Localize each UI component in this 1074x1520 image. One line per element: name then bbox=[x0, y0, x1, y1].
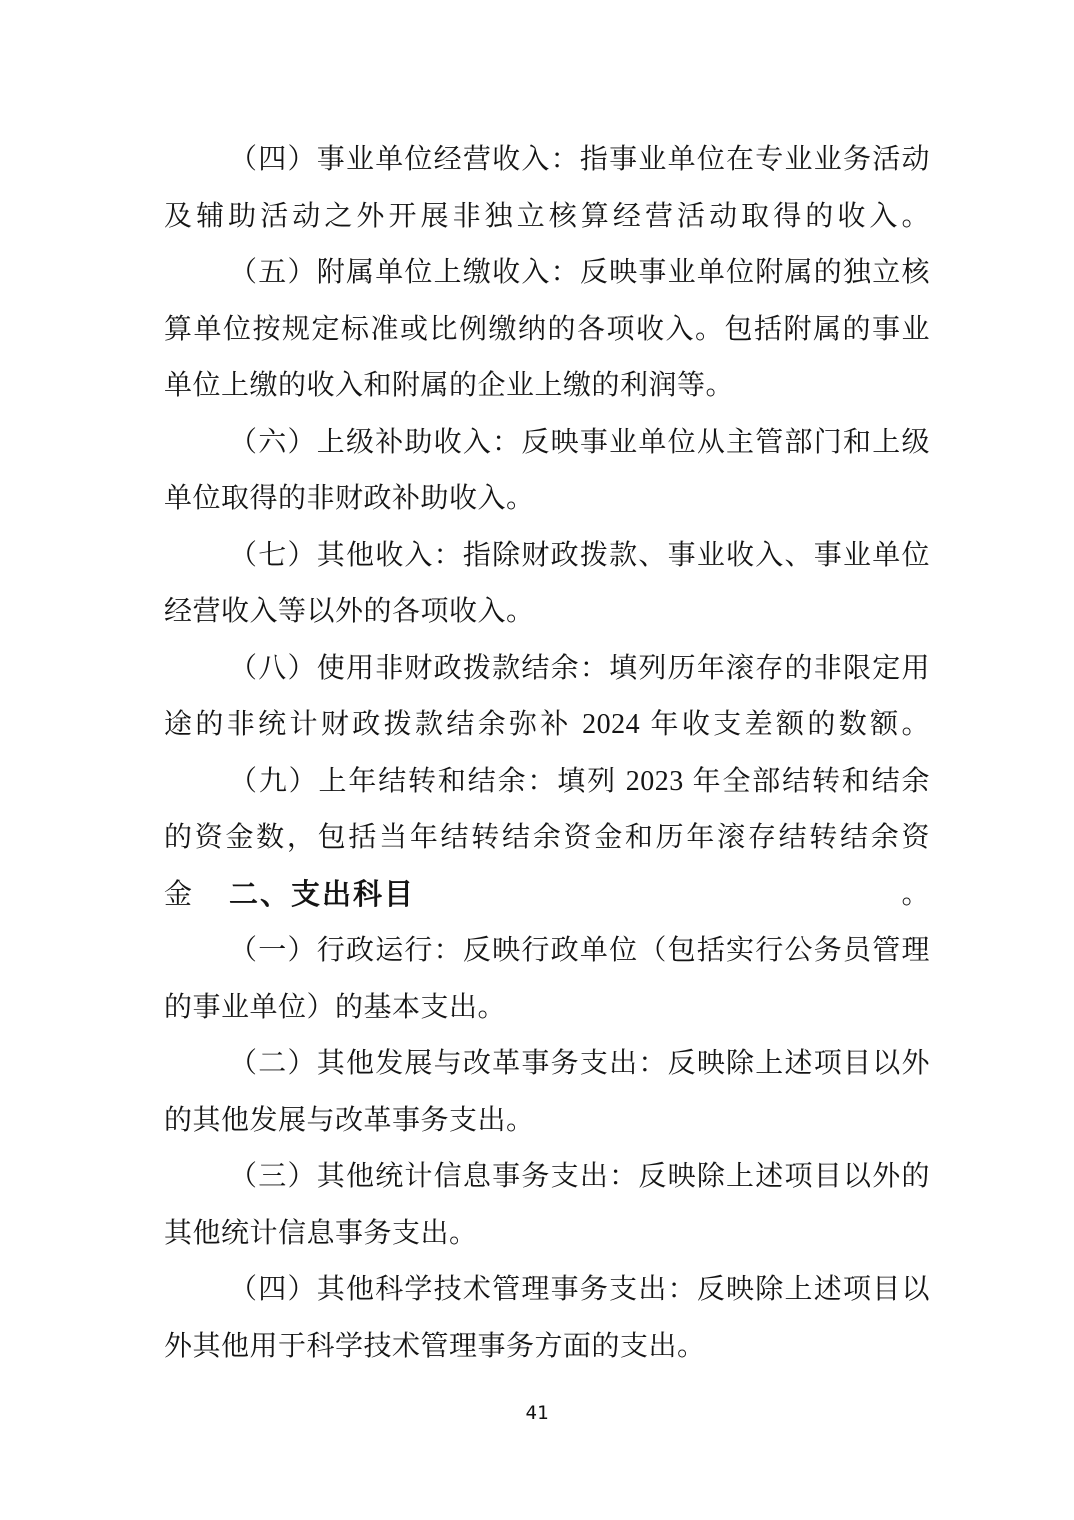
text-line: （三）其他统计信息事务支出：反映除上述项目以外的 bbox=[164, 1149, 930, 1206]
page-number: 41 bbox=[0, 1402, 1074, 1424]
text-line: （八）使用非财政拨款结余：填列历年滚存的非限定用 bbox=[164, 641, 930, 698]
text-line: （七）其他收入：指除财政拨款、事业收入、事业单位 bbox=[164, 528, 930, 585]
text-line: 其他统计信息事务支出。 bbox=[164, 1206, 930, 1263]
text-line: 的资金数，包括当年结转结余资金和历年滚存结转结余资金。 bbox=[164, 810, 930, 867]
text-line: 算单位按规定标准或比例缴纳的各项收入。包括附属的事业 bbox=[164, 302, 930, 359]
document-page: （四）事业单位经营收入：指事业单位在专业业务活动及辅助活动之外开展非独立核算经营… bbox=[0, 0, 1074, 1520]
text-line: （四）其他科学技术管理事务支出：反映除上述项目以 bbox=[164, 1262, 930, 1319]
text-line: 单位取得的非财政补助收入。 bbox=[164, 471, 930, 528]
text-line: （六）上级补助收入：反映事业单位从主管部门和上级 bbox=[164, 415, 930, 472]
text-line: 途的非统计财政拨款结余弥补 2024 年收支差额的数额。 bbox=[164, 697, 930, 754]
text-line: （二）其他发展与改革事务支出：反映除上述项目以外 bbox=[164, 1036, 930, 1093]
text-line: 的事业单位）的基本支出。 bbox=[164, 980, 930, 1037]
document-body: （四）事业单位经营收入：指事业单位在专业业务活动及辅助活动之外开展非独立核算经营… bbox=[164, 132, 930, 1375]
text-line: 单位上缴的收入和附属的企业上缴的利润等。 bbox=[164, 358, 930, 415]
text-line: （九）上年结转和结余：填列 2023 年全部结转和结余 bbox=[164, 754, 930, 811]
text-line: （一）行政运行：反映行政单位（包括实行公务员管理 bbox=[164, 923, 930, 980]
text-line: 经营收入等以外的各项收入。 bbox=[164, 584, 930, 641]
text-line: 外其他用于科学技术管理事务方面的支出。 bbox=[164, 1319, 930, 1376]
text-line: 及辅助活动之外开展非独立核算经营活动取得的收入。 bbox=[164, 189, 930, 246]
text-line: 的其他发展与改革事务支出。 bbox=[164, 1093, 930, 1150]
text-line: （五）附属单位上缴收入：反映事业单位附属的独立核 bbox=[164, 245, 930, 302]
text-line: （四）事业单位经营收入：指事业单位在专业业务活动 bbox=[164, 132, 930, 189]
